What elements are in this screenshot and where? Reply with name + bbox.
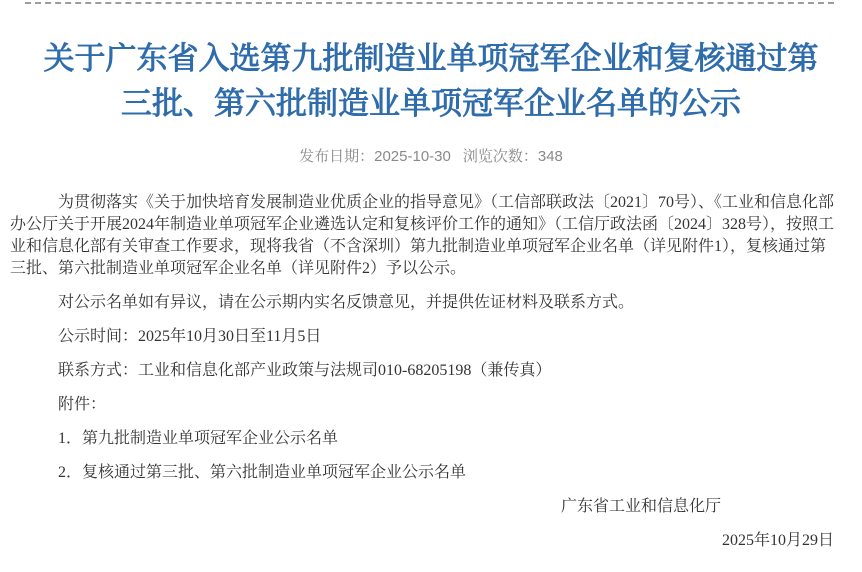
paragraph-objection: 对公示名单如有异议，请在公示期内实名反馈意见，并提供佐证材料及联系方式。	[10, 292, 834, 314]
publish-date-label: 发布日期：	[299, 148, 374, 165]
attachment-item-1[interactable]: 1．第九批制造业单项冠军企业公示名单	[10, 428, 834, 450]
issue-date: 2025年10月29日	[10, 530, 834, 552]
announcement-page: 关于广东省入选第九批制造业单项冠军企业和复核通过第三批、第六批制造业单项冠军企业…	[0, 2, 862, 552]
attachments-label: 附件：	[10, 394, 834, 416]
top-dashed-divider	[25, 2, 834, 4]
attachment-item-2[interactable]: 2．复核通过第三批、第六批制造业单项冠军企业公示名单	[10, 462, 834, 484]
views-label: 浏览次数：	[463, 148, 538, 165]
paragraph-contact: 联系方式：工业和信息化部产业政策与法规司010-68205198（兼传真）	[10, 360, 834, 382]
page-title: 关于广东省入选第九批制造业单项冠军企业和复核通过第三批、第六批制造业单项冠军企业…	[31, 36, 831, 126]
publish-date-value: 2025-10-30	[374, 148, 451, 165]
announcement-body: 为贯彻落实《关于加快培育发展制造业优质企业的指导意见》（工信部联政法〔2021〕…	[0, 192, 862, 552]
views-value: 348	[538, 148, 563, 165]
issuer-signature: 广东省工业和信息化厅	[10, 496, 721, 518]
meta-line: 发布日期：2025-10-30浏览次数：348	[0, 149, 862, 165]
paragraph-publicity-period: 公示时间：2025年10月30日至11月5日	[10, 326, 834, 348]
paragraph-main: 为贯彻落实《关于加快培育发展制造业优质企业的指导意见》（工信部联政法〔2021〕…	[10, 192, 834, 280]
